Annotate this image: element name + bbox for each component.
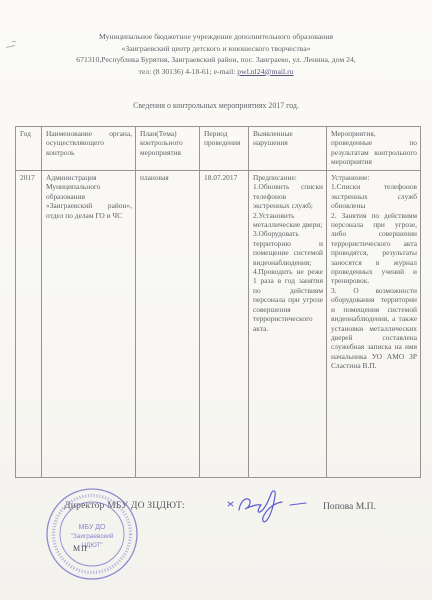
phone-text: тел: (8 30136) 4-18-61; e-mail: — [139, 67, 236, 76]
handwritten-signature — [224, 487, 320, 527]
org-name-line: Муниципальное бюджетное учреждение допол… — [24, 31, 408, 43]
cell-violations: Предписание: 1.Обновить списки телефонов… — [249, 171, 327, 478]
stamp-line-1: МБУ ДО — [79, 524, 106, 531]
control-measures-table: Год Наименование органа, осуществляющего… — [15, 126, 421, 478]
stamp-place-mark: МП — [73, 544, 88, 553]
signer-name: Попова М.П. — [323, 501, 376, 512]
cell-period: 18.07.2017 — [200, 171, 249, 478]
pencil-mark — [12, 41, 16, 43]
measure-item: 1.Списки телефонов экстренных служб обно… — [331, 182, 417, 210]
pencil-mark — [6, 45, 15, 48]
measure-item: 2. Занятия по действиям персонала при уг… — [331, 211, 417, 286]
violation-item: 1.Обновить списки телефонов экстренных с… — [253, 182, 323, 210]
document-title: Сведения о контрольных мероприятиях 2017… — [0, 101, 432, 110]
cell-measures: Устранение: 1.Списки телефонов экстренны… — [327, 171, 421, 478]
col-header-violations: Выявленные нарушения — [249, 127, 327, 171]
violations-intro: Предписание: — [253, 173, 323, 182]
email-text: pwl.nl24@mail.ru — [237, 67, 293, 76]
violation-item: 3.Оборудовать территорию и помещение сис… — [253, 229, 323, 267]
document-header: Муниципальное бюджетное учреждение допол… — [24, 31, 408, 77]
cell-organ: Администрация Муниципального образования… — [42, 171, 136, 478]
table-header-row: Год Наименование органа, осуществляющего… — [16, 127, 421, 171]
table-row: 2017 Администрация Муниципального образо… — [16, 171, 421, 478]
org-contact-line: тел: (8 30136) 4-18-61; e-mail: pwl.nl24… — [24, 66, 408, 78]
stamp-line-2: "Заиграевский — [71, 532, 114, 540]
scanned-document-page: Муниципальное бюджетное учреждение допол… — [0, 0, 432, 600]
cell-year: 2017 — [16, 171, 42, 478]
measures-intro: Устранение: — [331, 173, 417, 182]
org-subname-line: «Заиграевский центр детского и юношеског… — [24, 43, 408, 55]
round-stamp: МБУ ДО "Заиграевский ЦДЮТ" — [44, 486, 140, 582]
col-header-plan: План(Тема) контрольного мероприятия — [136, 127, 200, 171]
col-header-year: Год — [16, 127, 42, 171]
cell-plan: плановая — [136, 171, 200, 478]
violation-item: 4.Проводить не реже 1 раза в год занятия… — [253, 267, 323, 333]
col-header-measures: Мероприятия, проведенные по результатам … — [327, 127, 421, 171]
org-address-line: 671310,Республика Бурятия, Заиграевский … — [24, 54, 408, 66]
violation-item: 2.Установить металлические двери; — [253, 211, 323, 230]
col-header-period: Период проведения — [200, 127, 249, 171]
col-header-organ: Наименование органа, осуществляющего кон… — [42, 127, 136, 171]
measure-item: 3. О возможности оборудования территории… — [331, 286, 417, 371]
